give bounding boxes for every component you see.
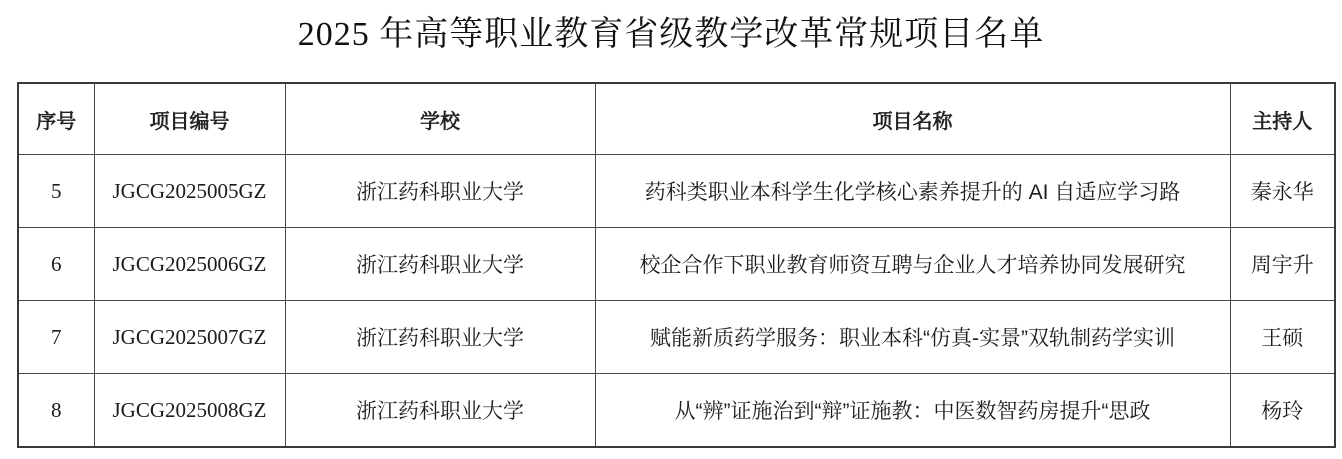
page-title: 2025 年高等职业教育省级教学改革常规项目名单: [0, 6, 1342, 55]
cell-project: 赋能新质药学服务：职业本科“仿真-实景”双轨制药学实训: [595, 301, 1230, 374]
cell-seq: 6: [18, 228, 94, 301]
cell-project: 从“辨”证施治到“辩”证施教：中医数智药房提升“思政: [595, 374, 1230, 448]
cell-seq: 7: [18, 301, 94, 374]
cell-leader: 杨玲: [1230, 374, 1335, 448]
column-header-leader: 主持人: [1230, 83, 1335, 155]
cell-school: 浙江药科职业大学: [285, 301, 595, 374]
cell-project: 药科类职业本科学生化学核心素养提升的 AI 自适应学习路: [595, 155, 1230, 228]
cell-leader: 周宇升: [1230, 228, 1335, 301]
column-header-school: 学校: [285, 83, 595, 155]
cell-code: JGCG2025008GZ: [94, 374, 285, 448]
cell-seq: 5: [18, 155, 94, 228]
table-row: 5 JGCG2025005GZ 浙江药科职业大学 药科类职业本科学生化学核心素养…: [18, 155, 1335, 228]
cell-code: JGCG2025006GZ: [94, 228, 285, 301]
table-header-row: 序号 项目编号 学校 项目名称 主持人: [18, 83, 1335, 155]
column-header-seq: 序号: [18, 83, 94, 155]
table-row: 6 JGCG2025006GZ 浙江药科职业大学 校企合作下职业教育师资互聘与企…: [18, 228, 1335, 301]
column-header-project: 项目名称: [595, 83, 1230, 155]
cell-school: 浙江药科职业大学: [285, 228, 595, 301]
cell-leader: 王硕: [1230, 301, 1335, 374]
cell-leader: 秦永华: [1230, 155, 1335, 228]
column-header-code: 项目编号: [94, 83, 285, 155]
cell-school: 浙江药科职业大学: [285, 155, 595, 228]
table-row: 8 JGCG2025008GZ 浙江药科职业大学 从“辨”证施治到“辩”证施教：…: [18, 374, 1335, 448]
cell-seq: 8: [18, 374, 94, 448]
cell-code: JGCG2025005GZ: [94, 155, 285, 228]
table-row: 7 JGCG2025007GZ 浙江药科职业大学 赋能新质药学服务：职业本科“仿…: [18, 301, 1335, 374]
projects-table: 序号 项目编号 学校 项目名称 主持人 5 JGCG2025005GZ 浙江药科…: [17, 82, 1336, 448]
cell-school: 浙江药科职业大学: [285, 374, 595, 448]
cell-project: 校企合作下职业教育师资互聘与企业人才培养协同发展研究: [595, 228, 1230, 301]
cell-code: JGCG2025007GZ: [94, 301, 285, 374]
